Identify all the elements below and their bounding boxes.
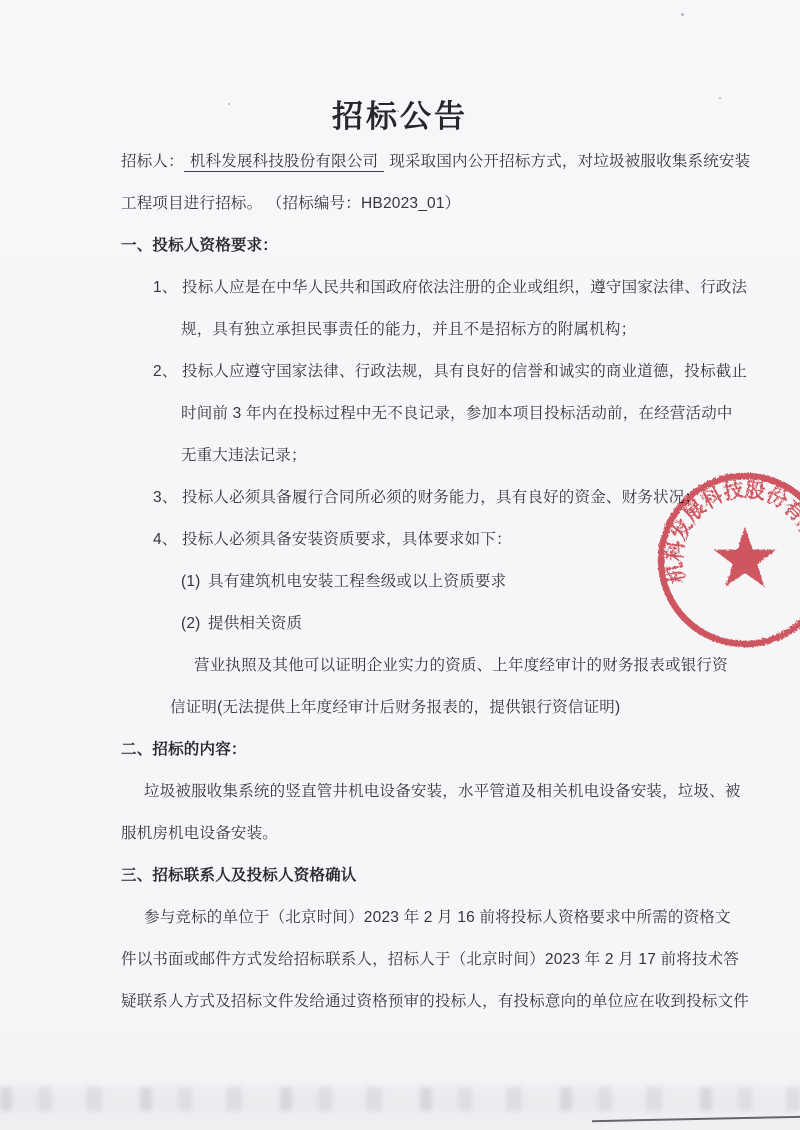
bidder-company-name: 机科发展科技股份有限公司: [184, 153, 384, 172]
scan-bleedthrough-band: [0, 1087, 800, 1111]
subitem1-text: 具有建筑机电安装工程叁级或以上资质要求: [208, 573, 506, 590]
section3-line2: 件以书面或邮件方式发给招标联系人，招标人于（北京时间）2023 年 2 月 17…: [121, 939, 800, 981]
scan-speckle: [228, 103, 230, 105]
subitem2-text: 提供相关资质: [208, 615, 302, 632]
subitem2-number: (2): [181, 603, 208, 645]
item2-line1: 2、投标人应遵守国家法律、行政法规，具有良好的信誉和诚实的商业道德，投标截止: [153, 351, 800, 393]
company-seal: 机科发展科技股份有限公司: [640, 452, 800, 672]
item2-text: 投标人应遵守国家法律、行政法规，具有良好的信誉和诚实的商业道德，投标截止: [182, 363, 747, 380]
section3-heading: 三、招标联系人及投标人资格确认: [121, 855, 800, 897]
seal-star-icon: [714, 527, 777, 587]
scan-speckle: [719, 97, 721, 99]
section3-line3: 疑联系人方式及招标文件发给通过资格预审的投标人，有投标意向的单位应在收到投标文件: [121, 981, 800, 1023]
scan-speckle: [681, 13, 684, 16]
subitem1-number: (1): [181, 561, 208, 603]
intro-line-1: 招标人：机科发展科技股份有限公司现采取国内公开招标方式，对垃圾被服收集系统安装: [121, 141, 800, 183]
item1-text: 投标人应是在中华人民共和国政府依法注册的企业或组织，遵守国家法律、行政法: [182, 279, 747, 296]
item4-text: 投标人必须具备安装资质要求，具体要求如下：: [182, 531, 512, 548]
doc-title: 招标公告: [0, 97, 800, 137]
scanned-document-page: 招标公告 招标人：机科发展科技股份有限公司现采取国内公开招标方式，对垃圾被服收集…: [0, 0, 800, 1130]
intro-line-2: 工程项目进行招标。 （招标编号：HB2023_01）: [121, 183, 800, 225]
section2-heading: 二、招标的内容：: [121, 729, 800, 771]
qualification-note-line2: 信证明(无法提供上年度经审计后财务报表的，提供银行资信证明): [170, 687, 800, 729]
section2-line2: 服机房机电设备安装。: [121, 813, 800, 855]
section2-line1: 垃圾被服收集系统的竖直管井机电设备安装，水平管道及相关机电设备安装，垃圾、被: [144, 771, 800, 813]
item1-number: 1、: [153, 267, 182, 309]
scan-speckle: [397, 110, 399, 112]
item1-line1: 1、投标人应是在中华人民共和国政府依法注册的企业或组织，遵守国家法律、行政法: [153, 267, 800, 309]
section1-heading: 一、投标人资格要求：: [121, 225, 800, 267]
item3-text: 投标人必须具备履行合同所必须的财务能力，具有良好的资金、财务状况；: [182, 489, 700, 506]
bidder-label: 招标人：: [121, 153, 184, 170]
item3-number: 3、: [153, 477, 182, 519]
item2-line2: 时间前 3 年内在投标过程中无不良记录，参加本项目投标活动前，在经营活动中: [181, 393, 800, 435]
section3-line1: 参与竞标的单位于（北京时间）2023 年 2 月 16 前将投标人资格要求中所需…: [144, 897, 800, 939]
item2-number: 2、: [153, 351, 182, 393]
intro-rest: 现采取国内公开招标方式，对垃圾被服收集系统安装: [389, 153, 750, 170]
item1-line2: 规，具有独立承担民事责任的能力，并且不是招标方的附属机构；: [181, 309, 800, 351]
item4-number: 4、: [153, 519, 182, 561]
